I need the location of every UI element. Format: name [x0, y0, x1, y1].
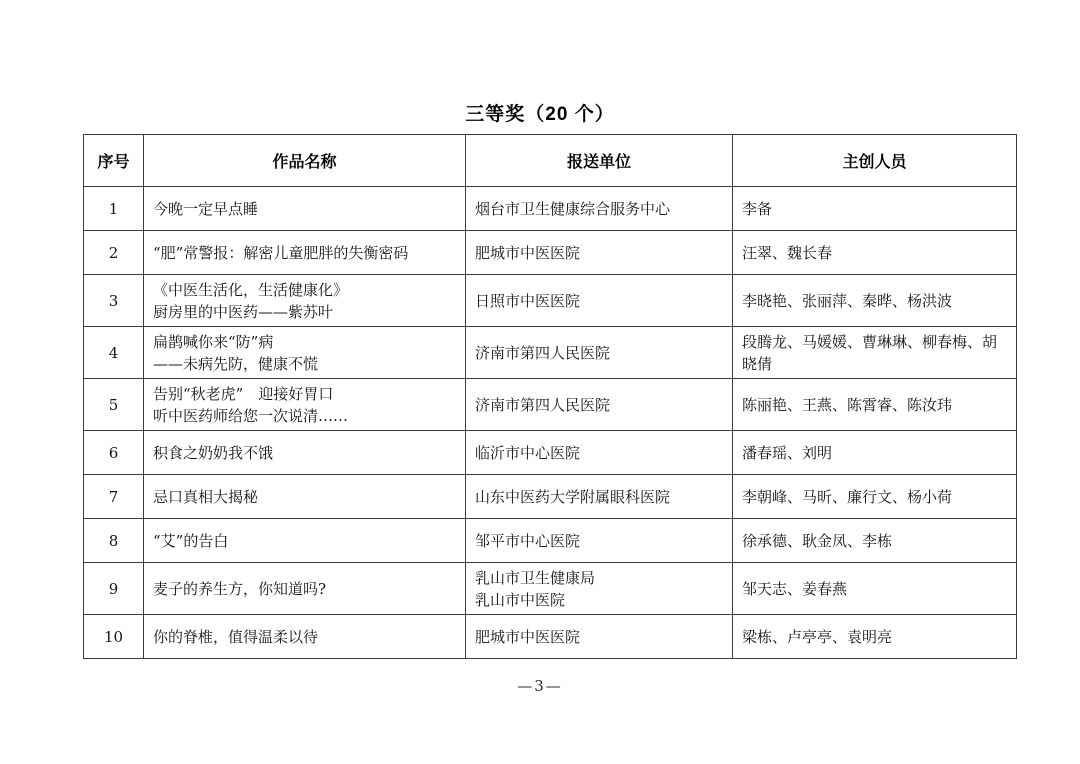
cell-creators: 梁栋、卢亭亭、袁明亮 — [733, 615, 1017, 659]
cell-title: 麦子的养生方，你知道吗? — [144, 563, 466, 615]
cell-title: “肥”常警报：解密儿童肥胖的失衡密码 — [144, 231, 466, 275]
cell-no: 4 — [84, 327, 144, 379]
cell-creators: 潘春瑶、刘明 — [733, 431, 1017, 475]
document-page: 三等奖（20 个） 序号 作品名称 报送单位 主创人员 1今晚一定早点睡烟台市卫… — [0, 0, 1080, 764]
table-row: 1今晚一定早点睡烟台市卫生健康综合服务中心李备 — [84, 187, 1017, 231]
cell-title: 《中医生活化，生活健康化》 厨房里的中医药——紫苏叶 — [144, 275, 466, 327]
cell-unit: 山东中医药大学附属眼科医院 — [466, 475, 733, 519]
header-row: 序号 作品名称 报送单位 主创人员 — [84, 135, 1017, 187]
cell-unit: 邹平市中心医院 — [466, 519, 733, 563]
cell-title: “艾”的告白 — [144, 519, 466, 563]
page-title: 三等奖（20 个） — [0, 99, 1080, 126]
cell-creators: 李备 — [733, 187, 1017, 231]
cell-creators: 李朝峰、马昕、廉行文、杨小荷 — [733, 475, 1017, 519]
cell-no: 5 — [84, 379, 144, 431]
table-row: 4扁鹊喊你来“防”病 ——未病先防，健康不慌济南市第四人民医院段腾龙、马媛媛、曹… — [84, 327, 1017, 379]
cell-title: 告别“秋老虎” 迎接好胃口 听中医药师给您一次说清…… — [144, 379, 466, 431]
table-row: 9麦子的养生方，你知道吗?乳山市卫生健康局 乳山市中医院邹天志、姜春燕 — [84, 563, 1017, 615]
cell-unit: 肥城市中医医院 — [466, 231, 733, 275]
cell-unit: 济南市第四人民医院 — [466, 327, 733, 379]
cell-unit: 烟台市卫生健康综合服务中心 — [466, 187, 733, 231]
cell-creators: 陈丽艳、王燕、陈霄睿、陈汝玮 — [733, 379, 1017, 431]
cell-creators: 徐承德、耿金凤、李栋 — [733, 519, 1017, 563]
cell-creators: 段腾龙、马媛媛、曹琳琳、柳春梅、胡晓倩 — [733, 327, 1017, 379]
cell-creators: 李晓艳、张丽萍、秦晔、杨洪波 — [733, 275, 1017, 327]
cell-title: 积食之奶奶我不饿 — [144, 431, 466, 475]
cell-no: 8 — [84, 519, 144, 563]
awards-table: 序号 作品名称 报送单位 主创人员 1今晚一定早点睡烟台市卫生健康综合服务中心李… — [83, 134, 1017, 659]
cell-no: 6 — [84, 431, 144, 475]
table-row: 10你的脊椎，值得温柔以待肥城市中医医院梁栋、卢亭亭、袁明亮 — [84, 615, 1017, 659]
header-creators: 主创人员 — [733, 135, 1017, 187]
table-row: 5告别“秋老虎” 迎接好胃口 听中医药师给您一次说清……济南市第四人民医院陈丽艳… — [84, 379, 1017, 431]
table-row: 8“艾”的告白邹平市中心医院徐承德、耿金凤、李栋 — [84, 519, 1017, 563]
cell-no: 7 — [84, 475, 144, 519]
cell-no: 2 — [84, 231, 144, 275]
cell-no: 3 — [84, 275, 144, 327]
header-work-title: 作品名称 — [144, 135, 466, 187]
table-row: 7忌口真相大揭秘山东中医药大学附属眼科医院李朝峰、马昕、廉行文、杨小荷 — [84, 475, 1017, 519]
cell-creators: 邹天志、姜春燕 — [733, 563, 1017, 615]
cell-title: 忌口真相大揭秘 — [144, 475, 466, 519]
table-row: 3《中医生活化，生活健康化》 厨房里的中医药——紫苏叶日照市中医医院李晓艳、张丽… — [84, 275, 1017, 327]
cell-no: 1 — [84, 187, 144, 231]
cell-unit: 临沂市中心医院 — [466, 431, 733, 475]
cell-unit: 乳山市卫生健康局 乳山市中医院 — [466, 563, 733, 615]
cell-unit: 日照市中医医院 — [466, 275, 733, 327]
cell-unit: 肥城市中医医院 — [466, 615, 733, 659]
cell-creators: 汪翠、魏长春 — [733, 231, 1017, 275]
header-submitting-unit: 报送单位 — [466, 135, 733, 187]
table-row: 2“肥”常警报：解密儿童肥胖的失衡密码肥城市中医医院汪翠、魏长春 — [84, 231, 1017, 275]
cell-title: 今晚一定早点睡 — [144, 187, 466, 231]
cell-title: 你的脊椎，值得温柔以待 — [144, 615, 466, 659]
table-row: 6积食之奶奶我不饿临沂市中心医院潘春瑶、刘明 — [84, 431, 1017, 475]
page-number: —3— — [0, 677, 1080, 695]
header-serial-number: 序号 — [84, 135, 144, 187]
cell-unit: 济南市第四人民医院 — [466, 379, 733, 431]
cell-no: 9 — [84, 563, 144, 615]
cell-no: 10 — [84, 615, 144, 659]
cell-title: 扁鹊喊你来“防”病 ——未病先防，健康不慌 — [144, 327, 466, 379]
